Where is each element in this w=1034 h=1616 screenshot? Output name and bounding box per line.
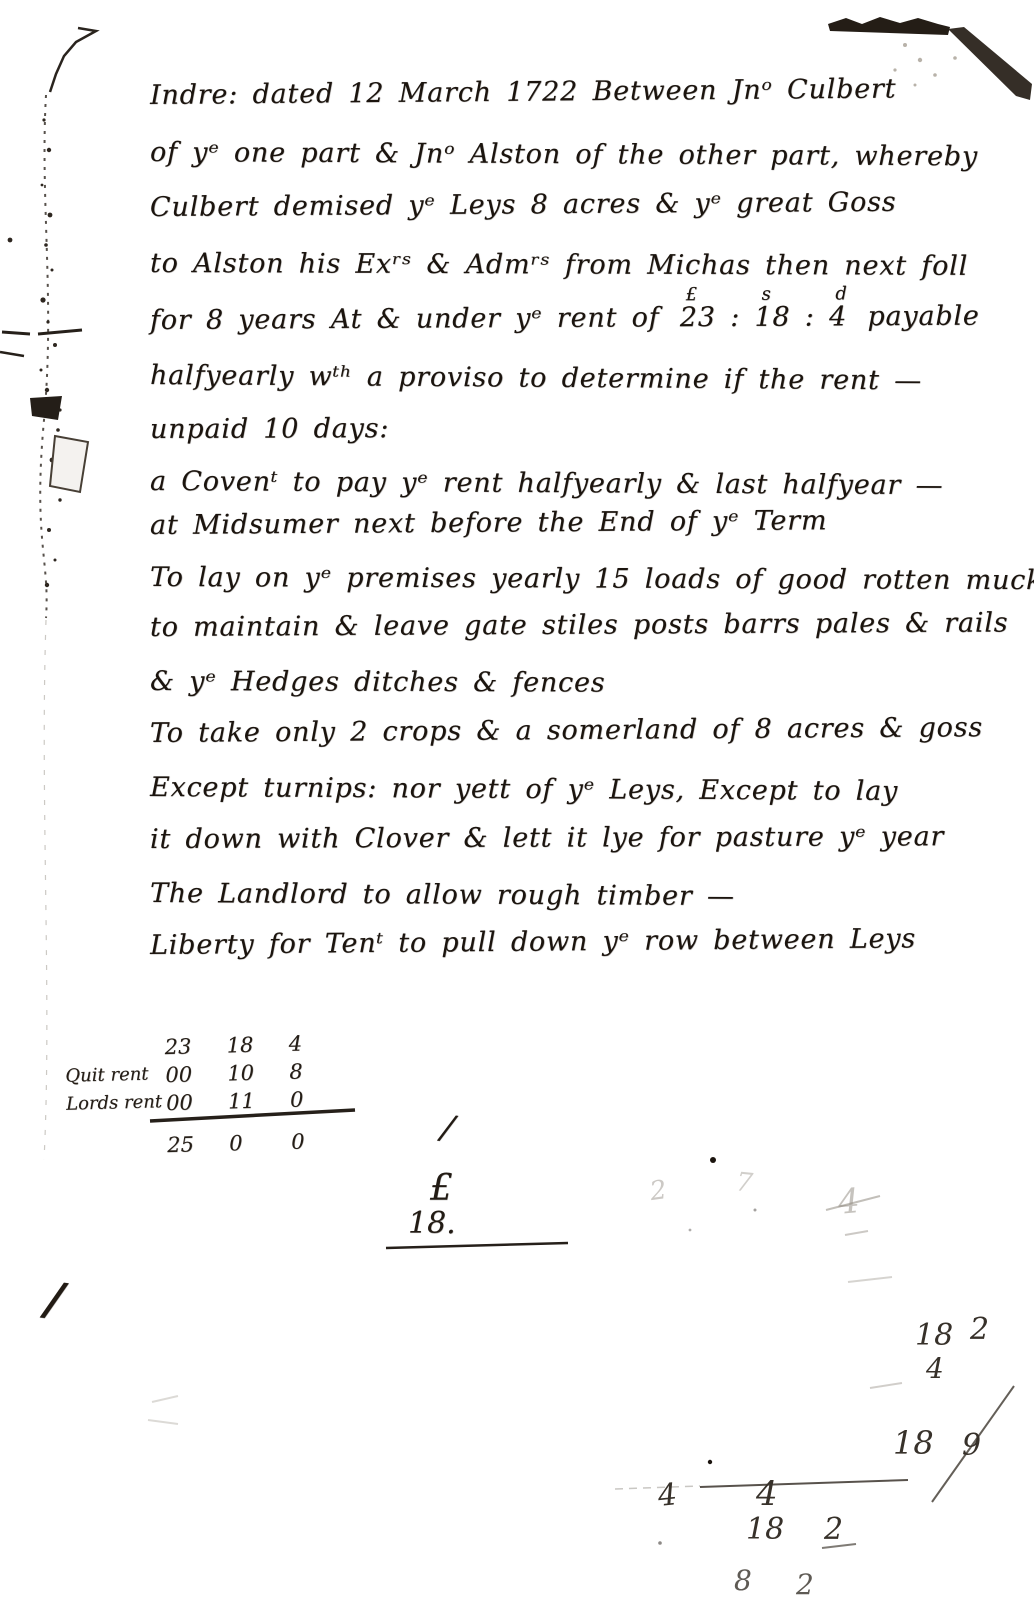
- stray-ink-slash: /: [439, 1107, 457, 1148]
- rent-row-label: Lords rent: [66, 1091, 167, 1115]
- total-pounds: 25: [167, 1131, 230, 1157]
- arithmetic-scribble: 18: [915, 1318, 953, 1353]
- pounds-superscript: £: [686, 284, 698, 305]
- bleedthrough-digit: 7: [734, 1167, 754, 1199]
- total-shillings: 0: [229, 1130, 292, 1156]
- arithmetic-scribble: 2: [970, 1312, 989, 1347]
- ghost-dash-1: [845, 1231, 868, 1235]
- arithmetic-scribble: 4: [756, 1474, 778, 1514]
- currency-superscripts: £ s d: [686, 283, 847, 305]
- manuscript-line-4: to Alston his Exʳˢ & Admʳˢ from Michas t…: [150, 248, 968, 282]
- manuscript-line-1: Indre: dated 12 March 1722 Between Jnᵒ C…: [150, 73, 897, 111]
- manuscript-line-12: & yᵉ Hedges ditches & fences: [150, 666, 606, 699]
- manuscript-line-3: Culbert demised yᵉ Leys 8 acres & yᵉ gre…: [150, 187, 897, 223]
- manuscript-line-8: a Covenᵗ to pay yᵉ rent halfyearly & las…: [150, 466, 944, 501]
- rent-amount-figures: 23 : 18 : 4: [680, 301, 847, 333]
- margin-tick-1: [2, 332, 30, 334]
- ghost-dash-2: [848, 1277, 892, 1282]
- manuscript-line-15: it down with Clover & lett it lye for pa…: [150, 821, 944, 855]
- manuscript-line-6: halfyearly wᵗʰ a proviso to determine if…: [150, 360, 922, 396]
- corner-speckles: [893, 43, 956, 87]
- arithmetic-scribble: 18: [746, 1512, 784, 1547]
- shillings-superscript: s: [762, 284, 771, 305]
- rent-shillings: 10: [227, 1060, 290, 1086]
- scan-artifacts: [0, 0, 1034, 1616]
- rent-line-before: for 8 years At & under yᵉ rent of: [150, 302, 660, 336]
- arithmetic-scribble: 4: [926, 1352, 944, 1385]
- manuscript-line-9: at Midsumer next before the End of yᵉ Te…: [150, 505, 828, 541]
- rent-shillings: 18: [226, 1032, 289, 1058]
- rent-calculation-table: 23 18 4 Quit rent 00 10 8 Lords rent 00 …: [64, 1030, 353, 1163]
- manuscript-line-7: unpaid 10 days:: [150, 413, 389, 445]
- corner-fold-top-right: [948, 27, 1032, 100]
- margin-tick-3: [38, 330, 82, 334]
- arithmetic-scribble: 2: [824, 1512, 843, 1547]
- rent-shillings: 11: [228, 1088, 291, 1114]
- edge-paper-flap: [50, 436, 88, 492]
- edge-speckles-left: [8, 118, 65, 587]
- pence-superscript: d: [835, 283, 847, 304]
- arithmetic-scribble: 9: [962, 1428, 981, 1463]
- pound-sterling-mark: £: [430, 1168, 453, 1209]
- faint-smudge-left: [148, 1396, 178, 1424]
- manuscript-line-13: To take only 2 crops & a somerland of 8 …: [150, 712, 983, 749]
- rent-pounds: 00: [166, 1090, 229, 1116]
- bleedthrough-digit: 2: [648, 1175, 669, 1207]
- rent-table-total-row: 25 0 0: [67, 1128, 354, 1163]
- manuscript-line-17: Liberty for Tenᵗ to pull down yᵉ row bet…: [150, 923, 916, 961]
- rent-pence: 4: [288, 1030, 351, 1056]
- torn-edge-top-left: [50, 28, 96, 92]
- bleedthrough-digit: 4: [836, 1181, 861, 1223]
- ghost-dash-3: [870, 1383, 902, 1388]
- manuscript-line-10: To lay on yᵉ premises yearly 15 loads of…: [150, 562, 1034, 596]
- sum-18-mark: 18.: [408, 1206, 456, 1241]
- rent-line-after: payable: [867, 301, 979, 333]
- manuscript-line-5-rent: for 8 years At & under yᵉ rent of £ s d …: [150, 301, 980, 336]
- total-pence: 0: [291, 1128, 354, 1154]
- manuscript-page: Indre: dated 12 March 1722 Between Jnᵒ C…: [0, 0, 1034, 1616]
- manuscript-line-11: to maintain & leave gate stiles posts ba…: [150, 608, 1009, 643]
- top-edge-streak: [828, 17, 950, 35]
- rent-pounds: 00: [165, 1062, 228, 1088]
- rent-row-label: [64, 1035, 164, 1038]
- rent-pounds: 23: [164, 1034, 227, 1060]
- arithmetic-scribble: 8: [734, 1564, 752, 1597]
- rent-pence: 0: [290, 1086, 353, 1112]
- margin-tick-2: [0, 352, 24, 356]
- rent-row-label: [67, 1133, 167, 1136]
- margin-ink-slash: /: [42, 1271, 66, 1327]
- scribble-strike-line: [700, 1480, 908, 1487]
- sum-underline: [386, 1243, 568, 1248]
- arithmetic-scribble: 2: [796, 1568, 814, 1601]
- manuscript-line-2: of yᵉ one part & Jnᵒ Alston of the other…: [150, 137, 978, 172]
- rent-amount: £ s d 23 : 18 : 4: [680, 301, 847, 333]
- rent-row-label: Quit rent: [65, 1063, 166, 1087]
- torn-edge-left: [40, 95, 48, 618]
- rent-pence: 8: [289, 1058, 352, 1084]
- edge-ink-wedge: [30, 396, 62, 420]
- manuscript-line-14: Except turnips: nor yett of yᵉ Leys, Exc…: [150, 772, 898, 807]
- arithmetic-scribble: 18: [893, 1424, 934, 1462]
- arithmetic-scribble: 4: [656, 1477, 679, 1514]
- left-fold-line: [44, 620, 47, 1160]
- manuscript-line-16: The Landlord to allow rough timber —: [150, 878, 735, 912]
